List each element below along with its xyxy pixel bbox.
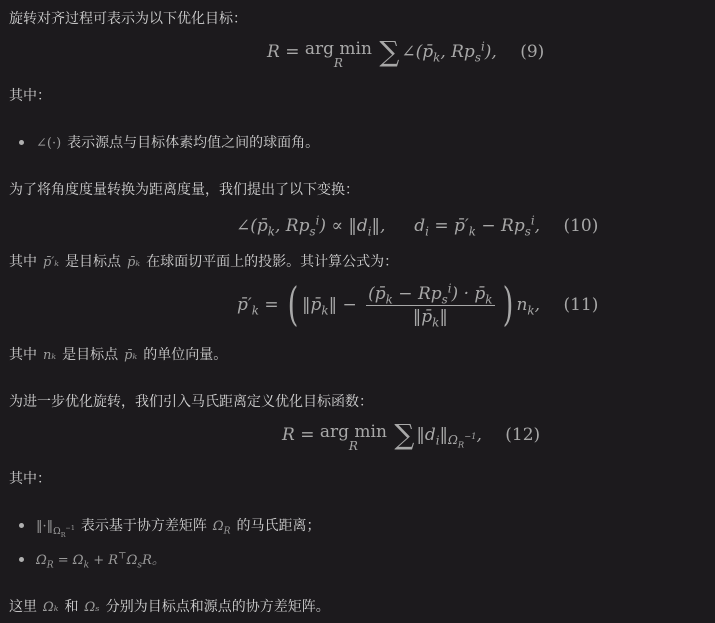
equation-11: p̄′k = (‖p̄k‖ − (p̄k − Rpsi) · p̄k‖p̄k‖)… (237, 284, 598, 327)
bullet-item-covariance: ΩR = Ωk + R⊤ΩsR。 (19, 550, 171, 571)
mahalanobis-intro-text: 为进一步优化旋转，我们引入马氏距离定义优化目标函数： (9, 392, 373, 412)
transform-intro-text: 为了将角度度量转换为距离度量，我们提出了以下变换： (9, 180, 359, 200)
covariance-explanation-text: 这里Ωₖ和Ωₛ分别为目标点和源点的协方差矩阵。 (9, 597, 330, 618)
where-label-1: 其中： (9, 86, 51, 106)
equation-10: ∠(p̄k, Rpsi) ∝ ‖di‖, di = p̄′k − Rpsi, (… (236, 214, 598, 238)
bullet-item-mahalanobis: ‖·‖ΩR−1表示基于协方差矩阵ΩR的马氏距离； (19, 516, 321, 537)
bullet-dot-icon (19, 523, 24, 528)
where-label-2: 其中： (9, 469, 51, 489)
equation-9: R = arg minR ∑∠(p̄k, Rpsi), (9) (267, 40, 544, 68)
bullet-item-angle: ∠(·)表示源点与目标体素均值之间的球面角。 (19, 133, 319, 154)
equation-12: R = arg minR ∑‖di‖ΩR−1, (12) (282, 423, 540, 451)
projection-text: 其中p̄′ₖ是目标点p̄ₖ在球面切平面上的投影。其计算公式为： (9, 252, 398, 273)
intro-text: 旋转对齐过程可表示为以下优化目标： (9, 9, 247, 29)
bullet-dot-icon (19, 557, 24, 562)
unit-vector-text: 其中nₖ是目标点p̄ₖ的单位向量。 (9, 345, 227, 366)
bullet-dot-icon (19, 140, 24, 145)
